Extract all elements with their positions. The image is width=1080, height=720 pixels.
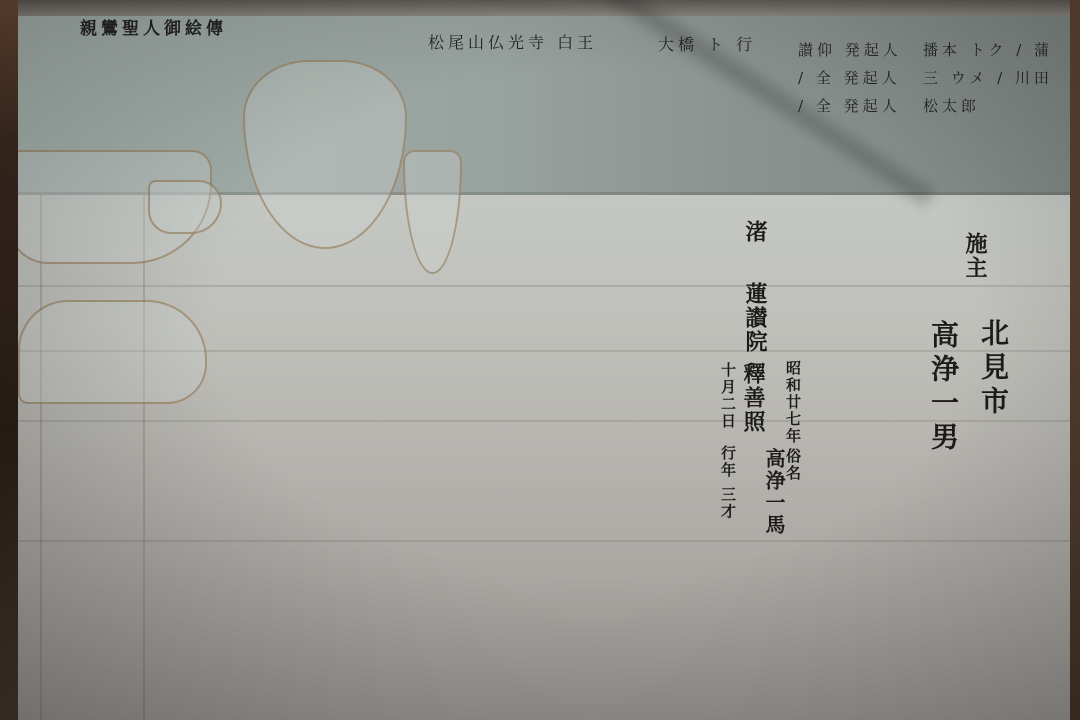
- author-date-day: 十月二日: [718, 362, 739, 430]
- names-inscription: 播本 トク / 蒲 三 ウメ / 川田 松太郎: [923, 36, 1063, 120]
- paper-fold: [18, 420, 1070, 422]
- author-lay-name: 高浄一馬: [760, 448, 789, 536]
- donor-name: 高浄一男: [923, 320, 963, 456]
- water-stain: [18, 300, 207, 404]
- paper-fold: [18, 285, 1070, 287]
- water-stain: [148, 180, 222, 234]
- promoters-inscription: 讃仰 発起人 / 全 発起人 / 全 発起人: [798, 36, 918, 120]
- author-monk-name: 釋善照: [738, 362, 769, 434]
- water-stain: [243, 60, 407, 249]
- water-stain: [403, 150, 462, 274]
- author-date-era: 昭和廿七年: [783, 360, 804, 445]
- donor-place: 北見市: [973, 318, 1013, 420]
- paper-vertical-crease: [143, 195, 145, 720]
- paper-fold: [18, 540, 1070, 542]
- paper-vertical-crease: [40, 195, 42, 720]
- scroll-title: 親鸞聖人御絵傳: [80, 14, 227, 39]
- scroll-paper: 親鸞聖人御絵傳 松尾山仏光寺 白王 大橋 ト 行 讃仰 発起人 / 全 発起人 …: [18, 0, 1070, 720]
- inscription-name: 大橋 ト 行: [658, 32, 756, 55]
- temple-inscription: 松尾山仏光寺 白王: [428, 30, 597, 53]
- author-temple: 蓮讃院: [740, 282, 771, 354]
- donor-label: 施主: [960, 232, 991, 280]
- author-label: 渚: [740, 220, 771, 244]
- author-age: 行年 三才: [718, 445, 739, 520]
